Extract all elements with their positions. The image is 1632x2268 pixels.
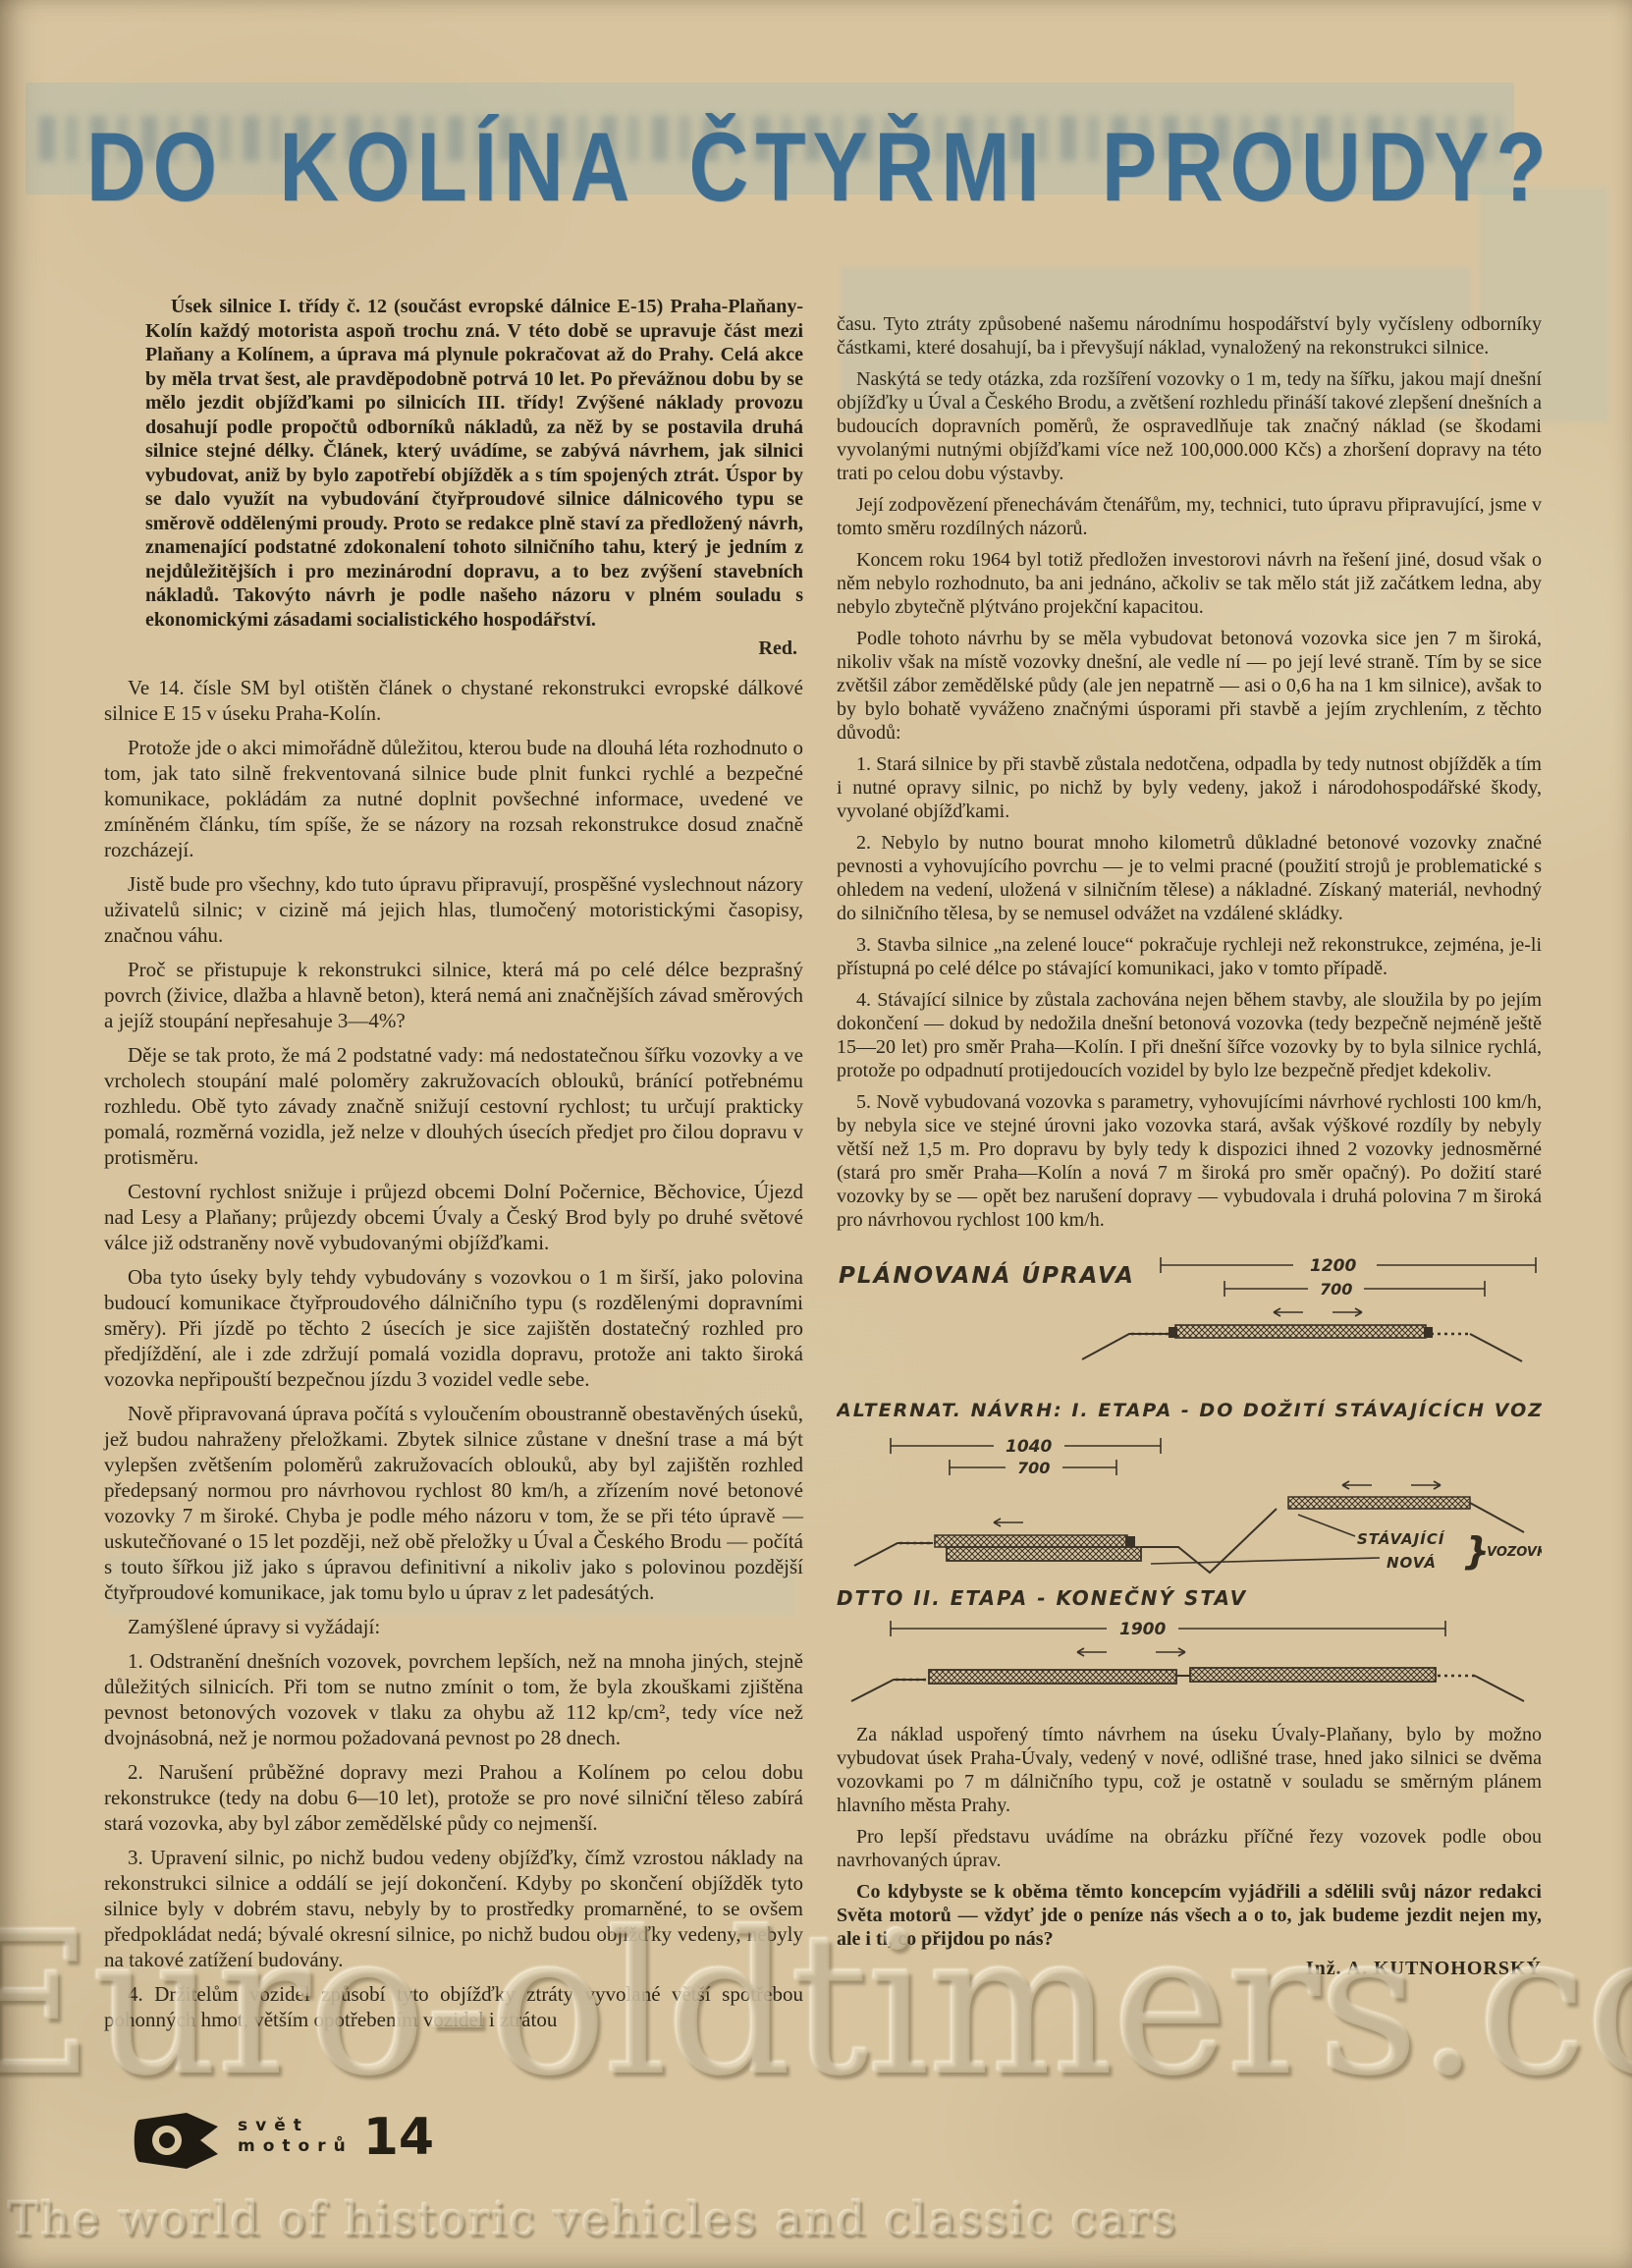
watermark-domain: Euro-oldtimers.com — [0, 1891, 1632, 2120]
right-column: času. Tyto ztráty způsobené našemu národ… — [837, 312, 1542, 1980]
right-column-body: času. Tyto ztráty způsobené našemu národ… — [837, 312, 1542, 1232]
magazine-page: DO KOLÍNA ČTYŘMI PROUDY? Úsek silnice I.… — [0, 0, 1632, 2268]
article-title: DO KOLÍNA ČTYŘMI PROUDY? — [86, 118, 1540, 215]
paragraph: 3. Stavba silnice „na zelené louce“ pokr… — [837, 933, 1542, 980]
watermark-tagline: The world of historic vehicles and class… — [8, 2192, 1177, 2246]
cross-section-planned — [1082, 1308, 1522, 1361]
svg-text:700: 700 — [1320, 1280, 1352, 1299]
paragraph: Za náklad uspořený tímto návrhem na úsek… — [837, 1723, 1542, 1817]
right-column-body-after-diagram: Za náklad uspořený tímto návrhem na úsek… — [837, 1723, 1542, 1872]
paragraph: 2. Narušení průběžné dopravy mezi Prahou… — [104, 1759, 803, 1836]
left-column: Úsek silnice I. třídy č. 12 (součást evr… — [104, 295, 803, 2041]
diagram-label-stage2: DTTO II. ETAPA - KONEČNÝ STAV — [837, 1586, 1247, 1610]
paragraph: Ve 14. čísle SM byl otištěn článek o chy… — [104, 675, 803, 726]
paragraph: Pro lepší představu uvádíme na obrázku p… — [837, 1825, 1542, 1872]
paragraph: Proč se přistupuje k rekonstrukci silnic… — [104, 957, 803, 1033]
paragraph: Zamýšlené úpravy si vyžádají: — [104, 1614, 803, 1639]
svg-text:NOVÁ: NOVÁ — [1387, 1553, 1437, 1572]
cross-section-stage2 — [851, 1648, 1524, 1701]
svg-text:VOZOVKA: VOZOVKA — [1487, 1545, 1542, 1560]
dimension-lines-planned: 1200 700 — [1161, 1256, 1536, 1299]
paragraph: Jistě bude pro všechny, kdo tuto úpravu … — [104, 871, 803, 948]
svg-text:1900: 1900 — [1119, 1620, 1166, 1639]
dimension-lines-stage2: 1900 — [891, 1620, 1445, 1639]
paragraph: 4. Stávající silnice by zůstala zachován… — [837, 988, 1542, 1082]
paragraph: Její zodpovězení přenechávám čtenářům, m… — [837, 493, 1542, 540]
magazine-name-line2: motorů — [238, 2136, 354, 2157]
paragraph: Naskýtá se tedy otázka, zda rozšíření vo… — [837, 367, 1542, 485]
editorial-intro-signature: Red. — [104, 636, 797, 661]
cross-section-stage1: STÁVAJÍCÍ NOVÁ } VOZOVKA — [854, 1481, 1542, 1573]
paragraph: 2. Nebylo by nutno bourat mnoho kilometr… — [837, 831, 1542, 925]
svg-text:700: 700 — [1017, 1459, 1050, 1477]
paragraph: 1. Stará silnice by při stavbě zůstala n… — [837, 752, 1542, 823]
paragraph: Protože jde o akci mimořádně důležitou, … — [104, 735, 803, 862]
svg-text:}: } — [1463, 1529, 1490, 1573]
paragraph: Cestovní rychlost snižuje i průjezd obce… — [104, 1179, 803, 1255]
svg-text:1200: 1200 — [1310, 1256, 1356, 1276]
paragraph: Oba tyto úseky byly tehdy vybudovány s v… — [104, 1264, 803, 1392]
paragraph: Nově připravovaná úprava počítá s vylouč… — [104, 1401, 803, 1605]
svg-text:1040: 1040 — [1006, 1437, 1052, 1457]
left-column-body: Ve 14. čísle SM byl otištěn článek o chy… — [104, 675, 803, 2032]
dimension-lines-stage1: 1040 700 — [891, 1437, 1161, 1477]
magazine-name: svět motorů — [238, 2116, 354, 2157]
paragraph: Děje se tak proto, že má 2 podstatné vad… — [104, 1042, 803, 1170]
diagram-label-planned: PLÁNOVANÁ ÚPRAVA — [839, 1261, 1135, 1289]
road-cross-section-diagram: PLÁNOVANÁ ÚPRAVA 1200 700 ALTERNAT. NÁVR… — [837, 1247, 1542, 1709]
paragraph: času. Tyto ztráty způsobené našemu národ… — [837, 312, 1542, 360]
paragraph: Koncem roku 1964 byl totiž předložen inv… — [837, 548, 1542, 619]
editorial-intro: Úsek silnice I. třídy č. 12 (součást evr… — [145, 295, 803, 632]
paragraph: 1. Odstranění dnešních vozovek, povrchem… — [104, 1648, 803, 1750]
paragraph: Podle tohoto návrhu by se měla vybudovat… — [837, 627, 1542, 745]
svg-text:STÁVAJÍCÍ: STÁVAJÍCÍ — [1357, 1529, 1445, 1548]
paragraph: 5. Nově vybudovaná vozovka s parametry, … — [837, 1090, 1542, 1232]
diagram-label-stage1: ALTERNAT. NÁVRH: I. ETAPA - DO DOŽITÍ ST… — [837, 1399, 1542, 1421]
